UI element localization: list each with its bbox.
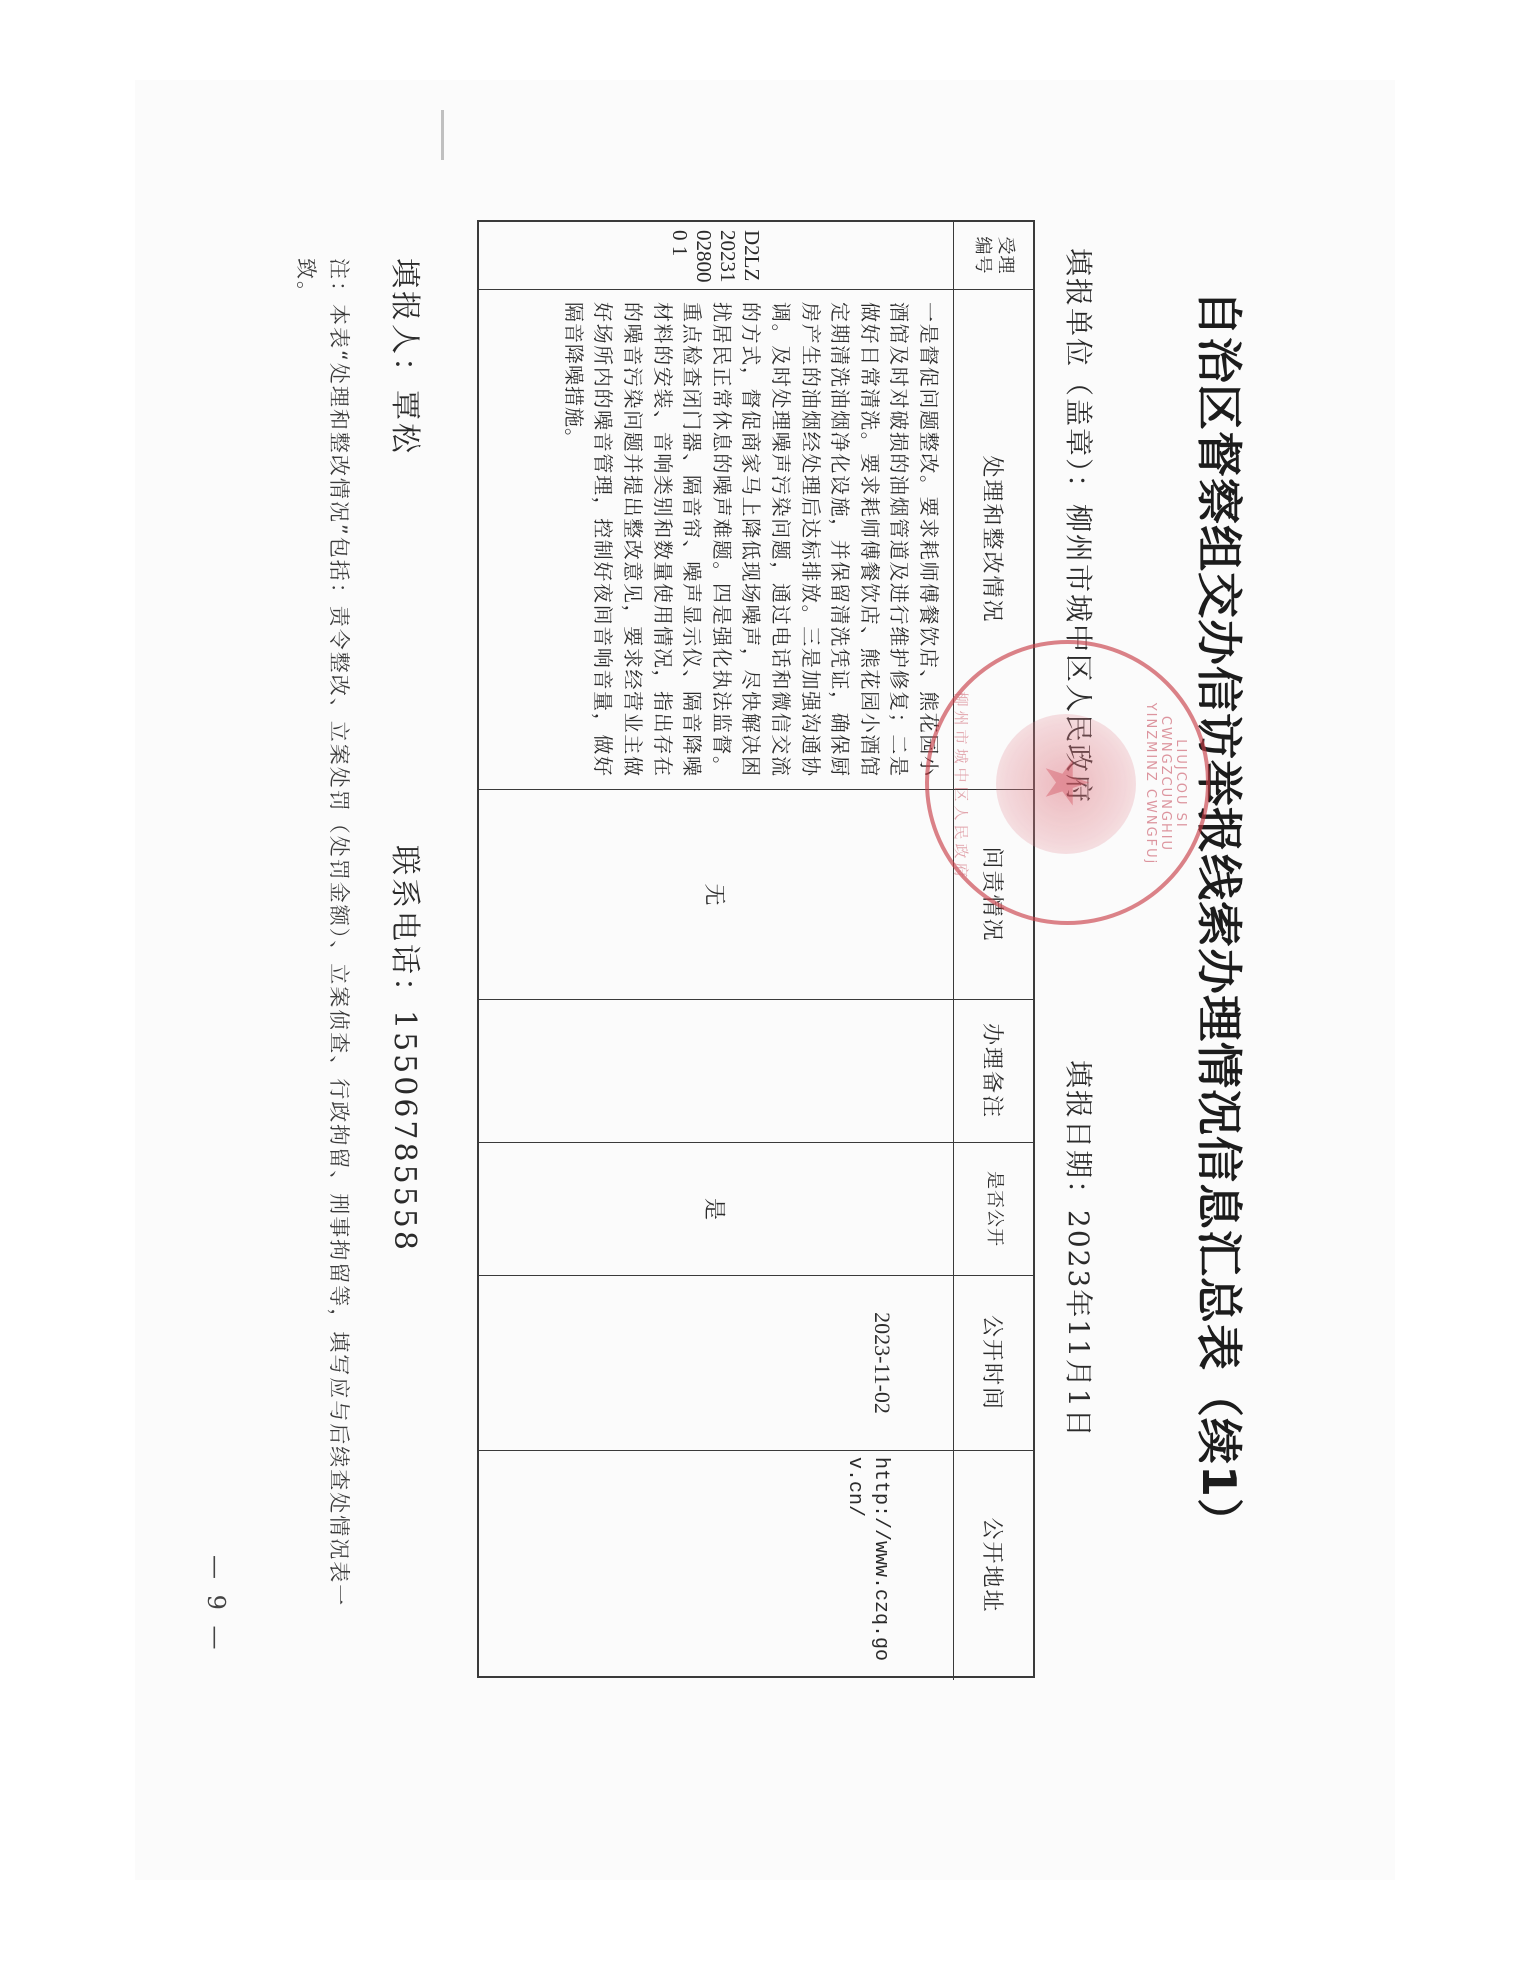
report-date: 填报日期：2023年11月1日 [1060, 1060, 1100, 1439]
scan-artifact [441, 110, 444, 160]
summary-table: 受理编号 处理和整改情况 问责情况 办理备注 是否公开 公开时间 公开地址 D2… [477, 220, 1035, 1678]
report-date-value: 2023年11月1日 [1062, 1210, 1095, 1439]
filler-label: 填报人： [387, 258, 422, 390]
header-is-public: 是否公开 [953, 1143, 1033, 1276]
filler: 填报人：覃松 [386, 258, 430, 456]
accountability-value: 无 [479, 790, 953, 1000]
header-publish-time: 公开时间 [953, 1276, 1033, 1451]
contact-phone-value: 15506785558 [387, 1010, 422, 1253]
seal-star-icon: ★ [1031, 644, 1101, 921]
is-public-value: 是 [479, 1143, 953, 1276]
publish-address-link[interactable]: http://www.czq.gov.cn/ [479, 1451, 953, 1680]
case-id: D2LZ20231028000 1 [479, 222, 953, 290]
filler-name: 覃松 [387, 390, 422, 456]
header-publish-address: 公开地址 [953, 1451, 1033, 1680]
page-number: — 9 — [202, 1555, 230, 1654]
report-date-label: 填报日期： [1062, 1060, 1095, 1210]
handling-description: 一是督促问题整改。要求耗师傅餐饮店、熊花园小酒馆及时对破损的油烟管道及进行维护修… [479, 290, 953, 790]
publish-time-value: 2023-11-02 [479, 1276, 953, 1451]
contact-phone: 联系电话：15506785558 [386, 845, 430, 1253]
document-title: 自治区督察组交办信访举报线索办理情况信息汇总表（续1） [1189, 290, 1255, 1690]
seal-text-latin: LIUJCOU SI CWNGZCUNGHIU YINZMINZ CWNGFUj [1143, 674, 1188, 894]
seal-text-chinese: 柳州市城中区人民政府 [951, 664, 972, 909]
header-case-id: 受理编号 [953, 222, 1033, 290]
header-remarks: 办理备注 [953, 1000, 1033, 1143]
document-page: 自治区督察组交办信访举报线索办理情况信息汇总表（续1） 填报单位（盖章）：柳州市… [0, 0, 1530, 1980]
official-seal: LIUJCOU SI CWNGZCUNGHIU YINZMINZ CWNGFUj… [925, 640, 1210, 925]
footnote: 注：本表“处理和整改情况”包括：责令整改、立案处罚（处罚金额）、立案侦查、行政拘… [290, 258, 355, 1628]
reporting-unit-label: 填报单位（盖章）： [1062, 248, 1095, 504]
contact-phone-label: 联系电话： [387, 845, 422, 1010]
remarks-value [479, 1000, 953, 1143]
